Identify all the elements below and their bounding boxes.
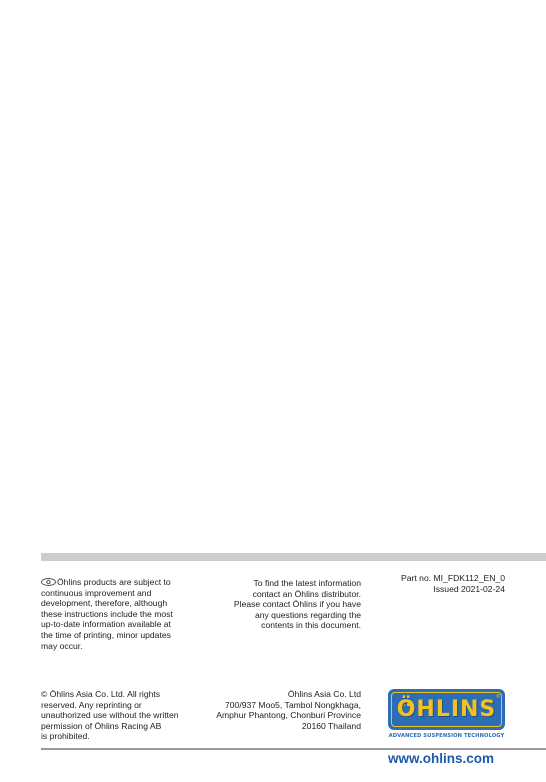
logo-tagline: ADVANCED SUSPENSION TECHNOLOGY xyxy=(388,733,505,739)
document-page: Öhlins products are subject to continuou… xyxy=(0,0,546,782)
logo-badge: ÖHLINS ® xyxy=(388,689,505,730)
registered-mark: ® xyxy=(496,694,500,700)
logo-wordmark: ÖHLINS xyxy=(388,697,505,723)
copyright-notice: © Öhlins Asia Co. Ltd. All rights reserv… xyxy=(41,689,206,742)
website-link[interactable]: www.ohlins.com xyxy=(388,751,506,766)
ohlins-logo: ÖHLINS ® ADVANCED SUSPENSION TECHNOLOGY xyxy=(388,689,505,742)
notice-text: Öhlins products are subject to continuou… xyxy=(41,577,173,651)
part-number-issued: Part no. MI_FDK112_EN_0 Issued 2021-02-2… xyxy=(360,573,505,594)
distributor-info: To find the latest information contact a… xyxy=(200,578,361,631)
eye-icon xyxy=(41,578,56,586)
improvement-notice: Öhlins products are subject to continuou… xyxy=(41,577,201,651)
company-address: Öhlins Asia Co. Ltd 700/937 Moo5, Tambol… xyxy=(195,689,361,731)
bottom-rule xyxy=(41,748,546,750)
footer-divider-bar xyxy=(41,553,546,561)
